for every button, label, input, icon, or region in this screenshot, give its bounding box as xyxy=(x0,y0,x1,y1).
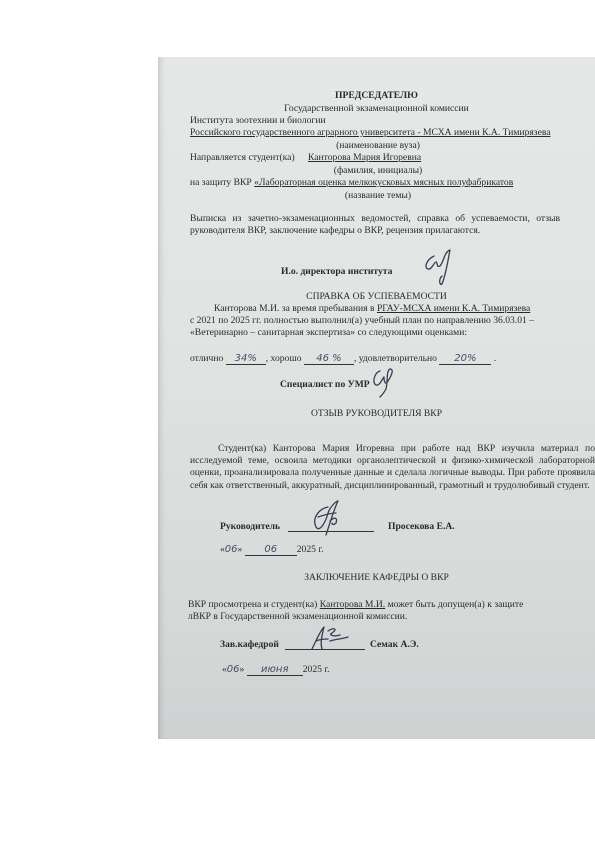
certificate-title: СПРАВКА ОБ УСПЕВАЕМОСТИ xyxy=(158,291,595,302)
supervisor-label: Руководитель xyxy=(220,521,280,532)
certificate-line1: Канторова М.И. за время пребывания в РГА… xyxy=(214,303,530,314)
conclusion-date-month: июня xyxy=(247,664,303,676)
grade-good-value: 46 % xyxy=(304,353,354,365)
grade-excellent-label: отлично xyxy=(190,353,223,364)
director-signature-icon xyxy=(420,250,460,290)
conclusion-student-name: Канторова М.И. xyxy=(320,599,385,610)
student-label: Направляется студент(ка) xyxy=(190,152,295,163)
supervisor-name: Просекова Е.А. xyxy=(388,521,455,532)
review-date-day: 06 xyxy=(225,544,238,555)
conclusion-title: ЗАКЛЮЧЕНИЕ КАФЕДРЫ О ВКР xyxy=(158,572,595,583)
certificate-line2: с 2021 по 2025 гг. полностью выполнил(а)… xyxy=(190,315,534,326)
certificate-line1-text: за время пребывания в xyxy=(279,303,377,314)
conclusion-date-day: 06 xyxy=(227,664,240,675)
head-name: Семак А.Э. xyxy=(370,639,419,650)
grades-end: . xyxy=(494,353,496,364)
specialist-label: Специалист по УМР xyxy=(280,379,370,390)
conclusion-date-year: 2025 г. xyxy=(303,664,330,675)
supervisor-signature-icon xyxy=(308,499,348,537)
addressee-heading: ПРЕДСЕДАТЕЛЮ xyxy=(158,90,595,101)
institute-line: Института зоотехнии и биологии xyxy=(190,115,326,126)
grade-satisfactory-label: , удовлетворительно xyxy=(354,353,437,364)
conclusion-line1-post: может быть допущен(а) к защите xyxy=(385,599,523,610)
review-date-month: 06 xyxy=(245,544,297,556)
director-label: И.о. директора института xyxy=(281,266,392,277)
conclusion-line1-pre: ВКР просмотрена и студент(ка) xyxy=(188,599,320,610)
thesis-caption: (название темы) xyxy=(268,190,488,201)
thesis-label-text: на защиту ВКР xyxy=(190,177,252,188)
review-date: «06» 062025 г. xyxy=(220,544,324,556)
head-label: Зав.кафедрой xyxy=(220,639,279,650)
document-photo: ПРЕДСЕДАТЕЛЮ Государственной экзаменацио… xyxy=(158,57,595,739)
conclusion-date: «06» июня2025 г. xyxy=(222,664,330,676)
certificate-line3: «Ветеринарно – санитарная экспертиза» со… xyxy=(190,327,467,338)
university-caption: (наименование вуза) xyxy=(268,140,488,151)
commission-line: Государственной экзаменационной комиссии xyxy=(158,103,595,114)
grade-excellent-value: 34% xyxy=(226,353,266,365)
thesis-title: «Лабораторная оценка мелкокусковых мясны… xyxy=(254,177,513,188)
certificate-university: РГАУ-МСХА имени К.А. Тимирязева xyxy=(377,303,530,314)
conclusion-line1: ВКР просмотрена и студент(ка) Канторова … xyxy=(188,599,523,610)
grade-satisfactory-value: 20% xyxy=(439,353,491,365)
grade-good-label: , хорошо xyxy=(266,353,302,364)
review-date-year: 2025 г. xyxy=(297,544,324,555)
university-line: Российского государственного аграрного у… xyxy=(190,127,551,138)
specialist-signature-icon xyxy=(370,367,400,399)
review-text: Студент(ка) Канторова Мария Игоревна при… xyxy=(190,443,595,492)
student-name: Канторова Мария Игоревна xyxy=(308,152,421,163)
review-title: ОТЗЫВ РУКОВОДИТЕЛЯ ВКР xyxy=(158,408,595,419)
head-signature-icon xyxy=(306,625,350,653)
conclusion-line2: лВКР в Государственной экзаменационной к… xyxy=(188,611,407,622)
grades-line: отлично 34%, хорошо 46 %, удовлетворител… xyxy=(190,353,496,365)
thesis-label: на защиту ВКР «Лабораторная оценка мелко… xyxy=(190,177,513,188)
certificate-student-name: Канторова М.И. xyxy=(214,303,279,314)
attachments-text: Выписка из зачетно-экзаменационных ведом… xyxy=(190,213,560,237)
student-caption: (фамилия, инициалы) xyxy=(268,165,488,176)
